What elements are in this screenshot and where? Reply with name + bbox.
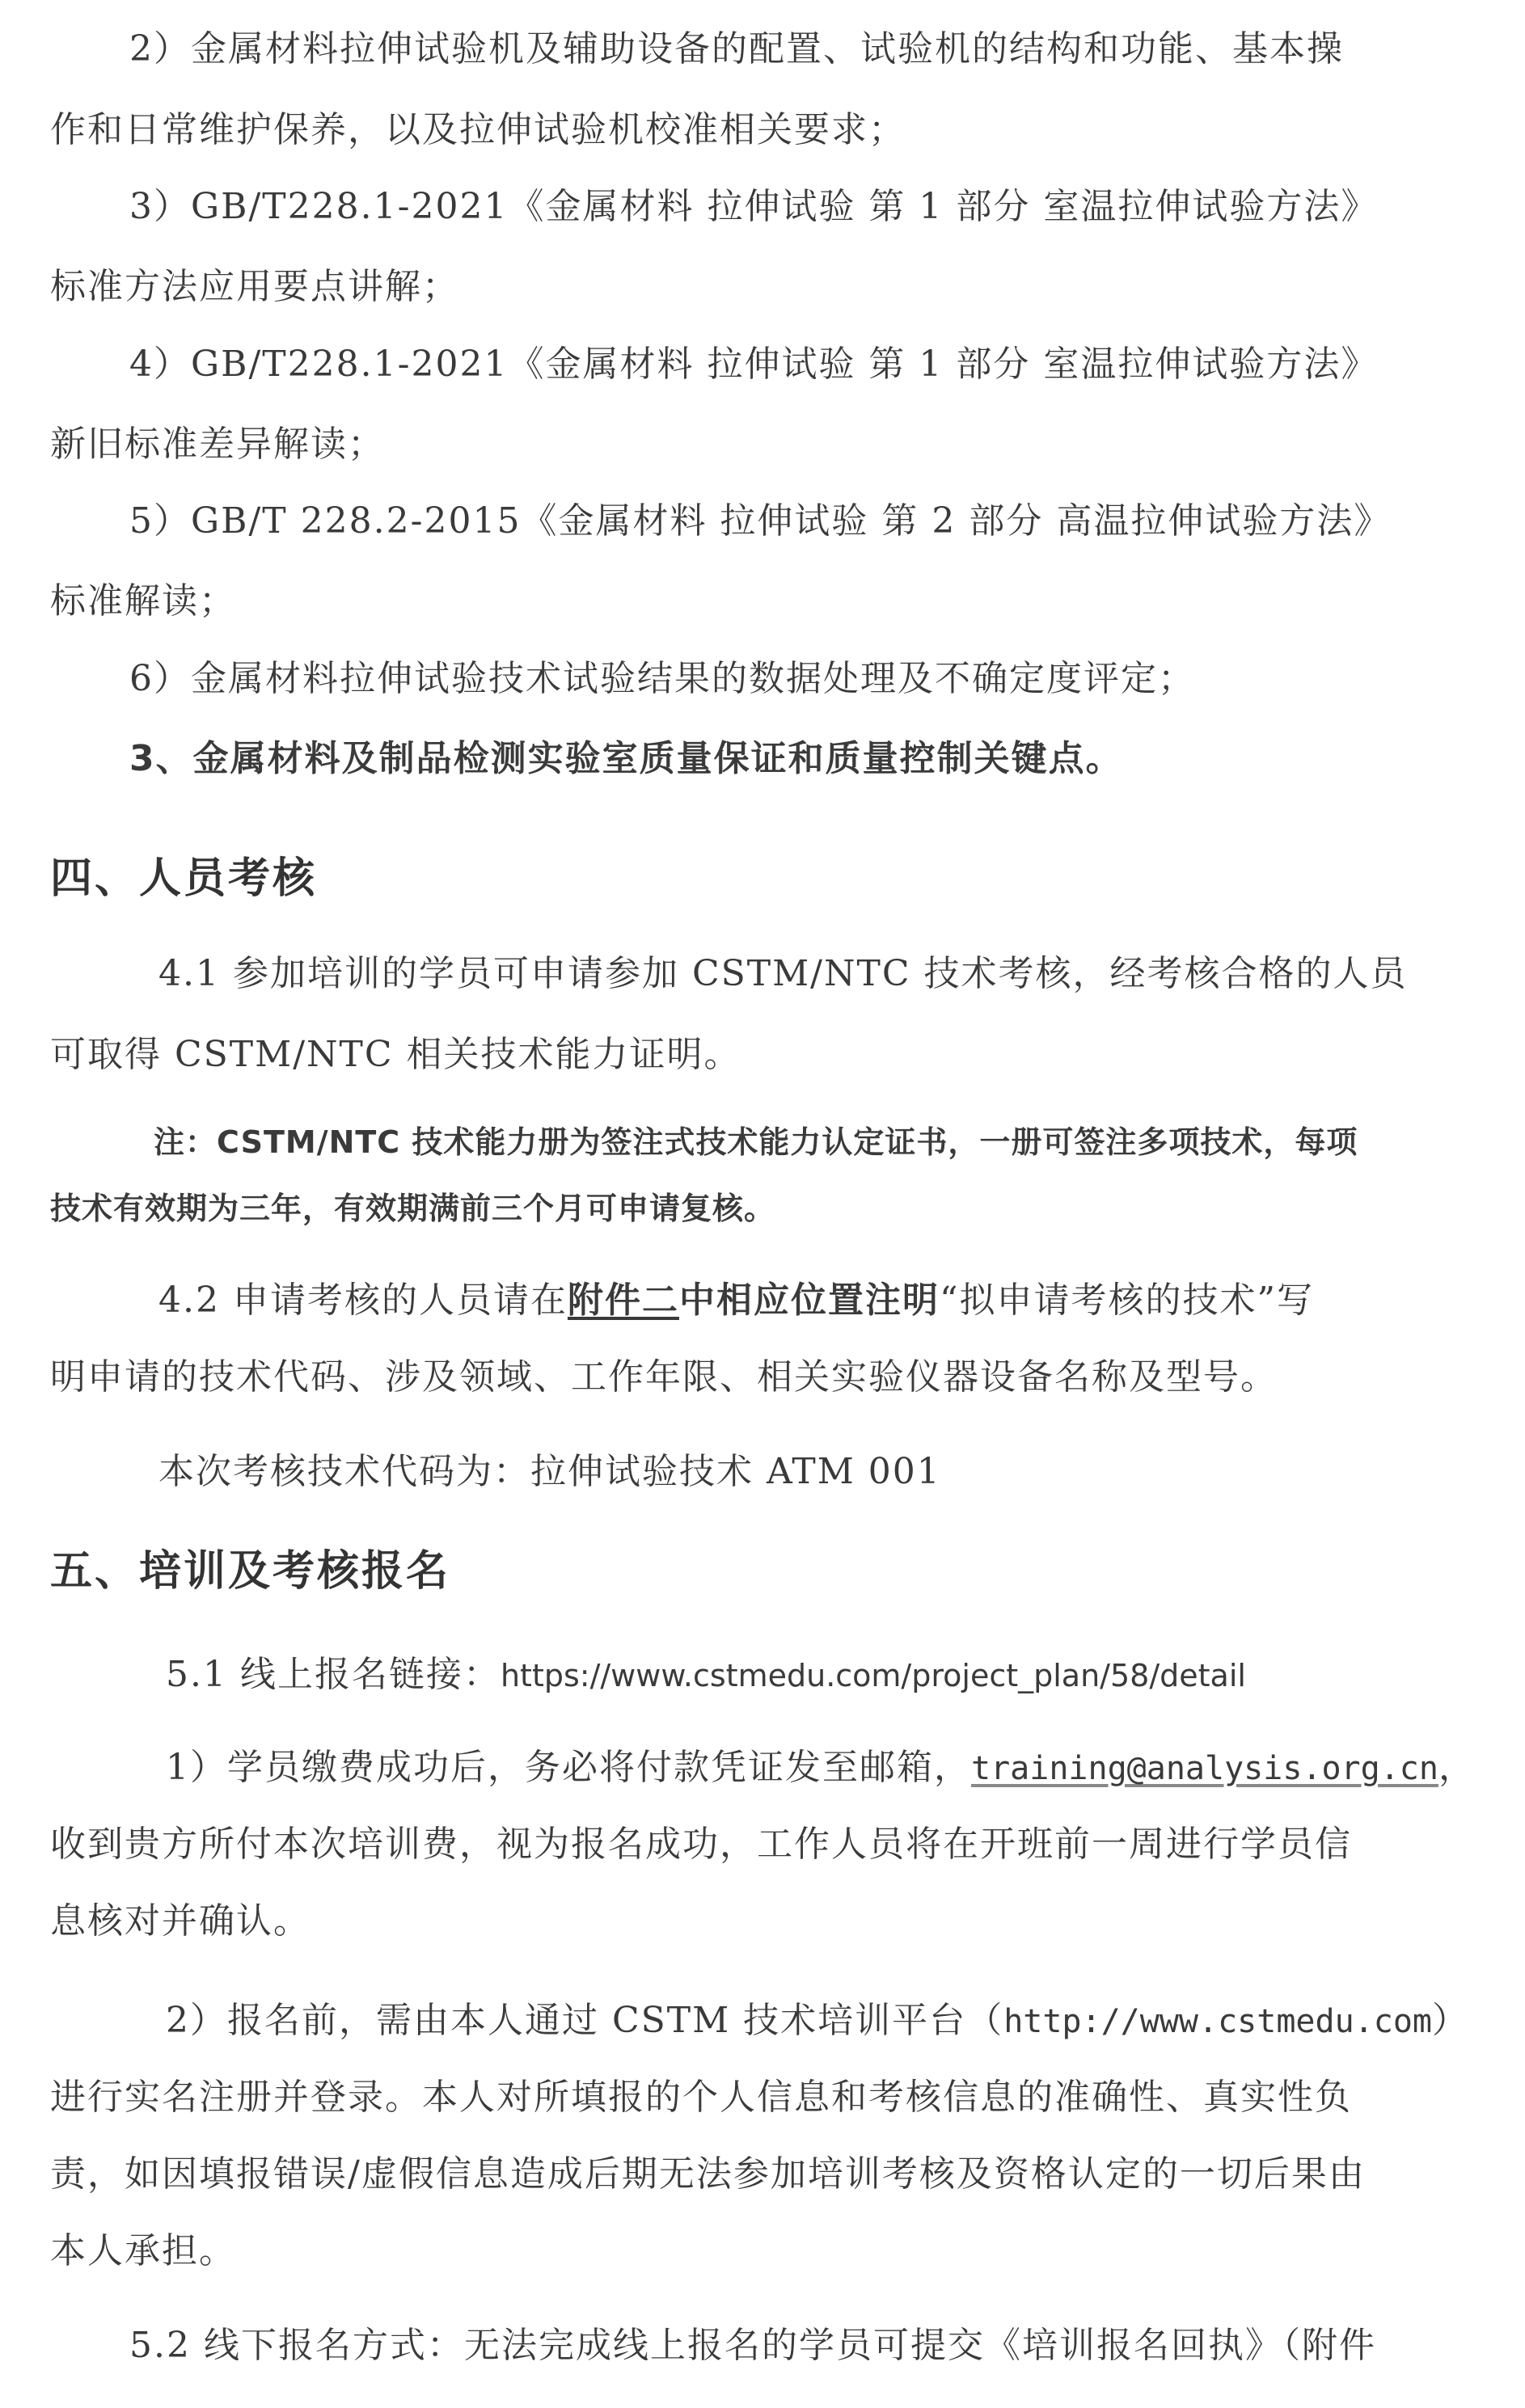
p42-suffix: “拟申请考核的技术”写 (940, 1280, 1314, 1321)
section-4-heading: 四、人员考核 (50, 858, 317, 900)
p52-line-1: 5.2 线下报名方式：无法完成线上报名的学员可提交《培训报名回执》（附件 (129, 2328, 1376, 2364)
item-4-line-1: 4）GB/T228.1-2021《金属材料 拉伸试验 第 1 部分 室温拉伸试验… (129, 347, 1378, 382)
item-5-2-line-2: 进行实名注册并登录。本人对所填报的个人信息和考核信息的准确性、真实性负 (50, 2080, 1352, 2115)
item-5-1-line-1: 1）学员缴费成功后，务必将付款凭证发至邮箱，training@analysis.… (166, 1750, 1476, 1786)
p42-line-1: 4.2 申请考核的人员请在附件二中相应位置注明“拟申请考核的技术”写 (158, 1283, 1314, 1318)
p51-label: 5.1 线上报名链接： (166, 1654, 501, 1695)
section-5-heading: 五、培训及考核报名 (50, 1550, 450, 1592)
registration-url-link[interactable]: https://www.cstmedu.com/project_plan/58/… (501, 1658, 1246, 1693)
item-5-2-prefix: 2）报名前，需由本人通过 CSTM 技术培训平台（ (166, 2000, 1003, 2041)
email-link[interactable]: training@analysis.org.cn (971, 1750, 1438, 1787)
item-4-line-2: 新旧标准差异解读； (50, 427, 385, 462)
item-5-1-suffix: ， (1438, 1747, 1476, 1788)
item-3-line-2: 标准方法应用要点讲解； (50, 269, 459, 305)
attachment-2-link[interactable]: 附件二 (568, 1280, 679, 1321)
p41-line-1: 4.1 参加培训的学员可申请参加 CSTM/NTC 技术考核，经考核合格的人员 (158, 956, 1407, 992)
item-3-line-1: 3）GB/T228.1-2021《金属材料 拉伸试验 第 1 部分 室温拉伸试验… (129, 189, 1378, 225)
topic-3-bold: 3、金属材料及制品检测实验室质量保证和质量控制关键点。 (129, 741, 1123, 777)
item-2-line-1: 2）金属材料拉伸试验机及辅助设备的配置、试验机的结构和功能、基本操 (129, 32, 1344, 67)
tech-code-line: 本次考核技术代码为：拉伸试验技术 ATM 001 (158, 1454, 941, 1490)
note-line-1: 注：CSTM/NTC 技术能力册为签注式技术能力认定证书，一册可签注多项技术，每… (154, 1127, 1358, 1158)
item-5-2-suffix: ） (1432, 2000, 1469, 2041)
p42-line-2: 明申请的技术代码、涉及领域、工作年限、相关实验仪器设备名称及型号。 (50, 1360, 1278, 1395)
note-line-2: 技术有效期为三年，有效期满前三个月可申请复核。 (50, 1193, 775, 1224)
item-5-line-2: 标准解读； (50, 584, 236, 619)
item-5-2-line-1: 2）报名前，需由本人通过 CSTM 技术培训平台（http://www.cstm… (166, 2003, 1469, 2039)
item-5-2-line-4: 本人承担。 (50, 2233, 236, 2269)
item-5-1-prefix: 1）学员缴费成功后，务必将付款凭证发至邮箱， (166, 1747, 971, 1788)
item-5-2-line-3: 责，如因填报错误/虚假信息造成后期无法参加培训考核及资格认定的一切后果由 (50, 2157, 1366, 2192)
item-5-1-line-2: 收到贵方所付本次培训费，视为报名成功，工作人员将在开班前一周进行学员信 (50, 1827, 1352, 1862)
item-5-1-line-3: 息核对并确认。 (50, 1904, 310, 1939)
p41-line-2: 可取得 CSTM/NTC 相关技术能力证明。 (50, 1037, 741, 1073)
item-6-line-1: 6）金属材料拉伸试验技术试验结果的数据处理及不确定度评定； (129, 661, 1195, 697)
p51-line: 5.1 线上报名链接：https://www.cstmedu.com/proje… (166, 1657, 1246, 1693)
item-2-line-2: 作和日常维护保养，以及拉伸试验机校准相关要求； (50, 112, 906, 148)
p42-prefix: 4.2 申请考核的人员请在 (158, 1280, 568, 1321)
item-5-line-1: 5）GB/T 228.2-2015《金属材料 拉伸试验 第 2 部分 高温拉伸试… (129, 504, 1391, 539)
platform-url-link[interactable]: http://www.cstmedu.com (1003, 2003, 1432, 2040)
p42-bold-part: 中相应位置注明 (679, 1280, 940, 1321)
